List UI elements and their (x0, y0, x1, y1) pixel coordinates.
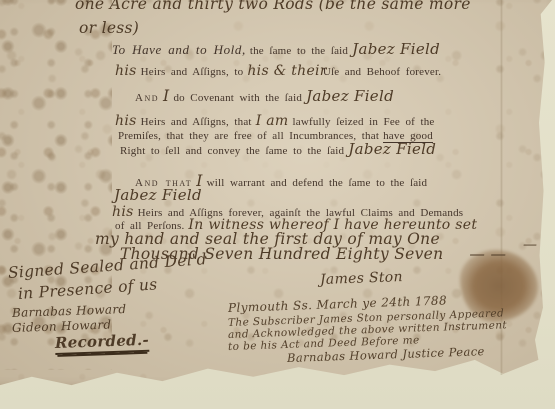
grantor-signature: James Ston (320, 269, 403, 288)
text-line-orless: or less) (79, 19, 139, 38)
printed-text: Heirs and Aſſigns, to (141, 66, 244, 78)
text-line-covenant: And I do Covenant with the ſaid Jabez Fi… (135, 87, 394, 106)
grantee-name: Jabez Field (306, 87, 394, 105)
text-line-recorded: Recorded.- (55, 331, 150, 353)
handwritten-insert: his & their (247, 63, 326, 79)
printed-text: the ſame to the ſaid (250, 45, 348, 57)
recorded-note: Recorded.- (55, 331, 150, 355)
text-line-dash2: — (523, 236, 537, 254)
printed-text: To Have and to Hold, (112, 42, 246, 57)
handwritten-text: or less) (79, 19, 139, 37)
printed-text: Uſe and Behoof forever. (323, 66, 441, 78)
grantee-name: Jabez Field (348, 140, 436, 158)
photo-background: one Acre and thirty two Rods (be the sam… (0, 0, 555, 409)
text-line-habendum: To Have and to Hold, the ſame to the ſai… (112, 40, 440, 59)
printed-text: do Covenant with the ſaid (173, 92, 302, 104)
text-line-signature: James Ston (320, 268, 403, 289)
grantee-name: Jabez Field (352, 40, 440, 58)
printed-text: will warrant and defend the ſame to the … (207, 177, 428, 189)
handwritten-text: his (115, 63, 137, 79)
handwritten-dash: — (523, 237, 537, 253)
text-line-heirs1: his Heirs and Aſſigns, to his & their Uſ… (115, 62, 441, 80)
printed-text: And (135, 92, 159, 104)
grantee-name: Jabez Field (114, 186, 202, 204)
handwritten-dashes: — — (469, 245, 506, 263)
text-line-metes: one Acre and thirty two Rods (be the sam… (75, 0, 471, 14)
handwritten-text: I (163, 87, 169, 105)
printed-text: Right to ſell and convey the ſame to the… (120, 145, 344, 157)
text-line-right: Right to ſell and convey the ſame to the… (120, 140, 436, 159)
handwritten-text: one Acre and thirty two Rods (be the sam… (75, 0, 471, 13)
